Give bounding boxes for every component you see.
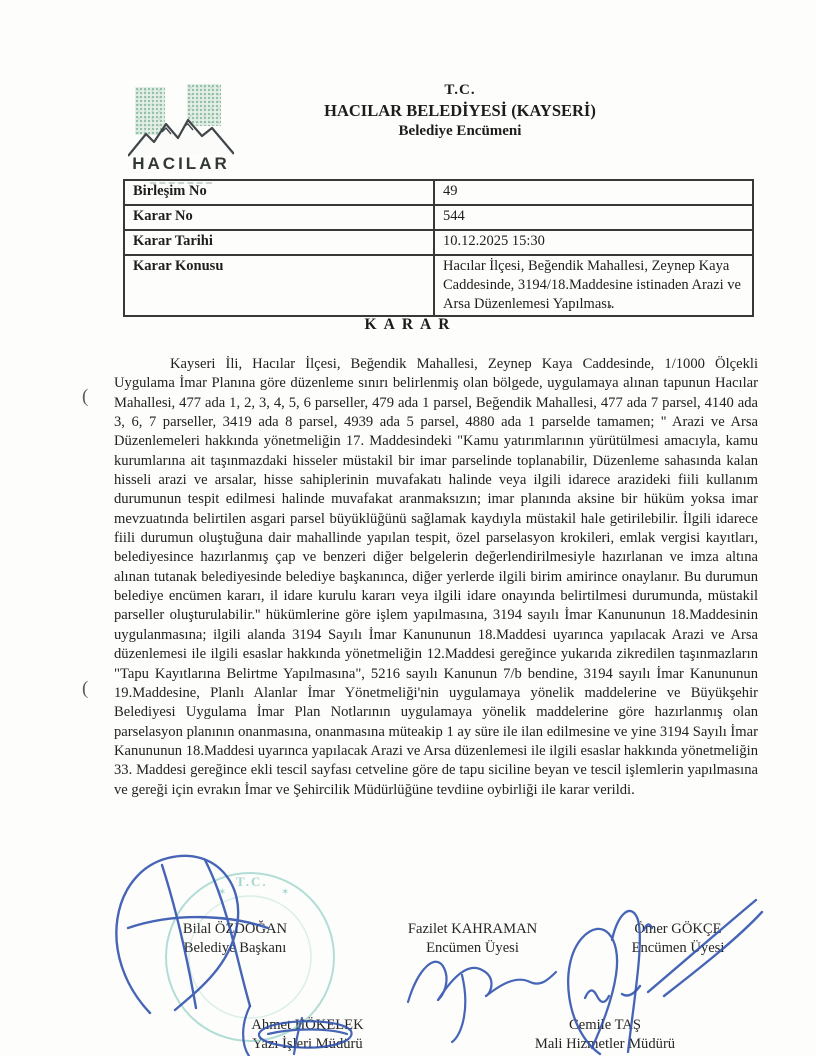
- meta-label: Karar Tarihi: [124, 230, 434, 255]
- stamp-star: ✶: [218, 887, 226, 898]
- signature-block-member-1: Fazilet KAHRAMAN Encümen Üyesi: [380, 920, 565, 957]
- decision-body-paragraph: Kayseri İli, Hacılar İlçesi, Beğendik Ma…: [114, 355, 758, 800]
- table-row: Karar No 544: [124, 205, 753, 230]
- meta-value: Hacılar İlçesi, Beğendik Mahallesi, Zeyn…: [434, 255, 753, 316]
- meta-value: 544: [434, 205, 753, 230]
- signer-name: Ömer GÖKÇE: [588, 920, 768, 939]
- signature-block-finance: Cemile TAŞ Mali Hizmetler Müdürü: [505, 1016, 705, 1053]
- stamp-text: T.C.: [236, 874, 268, 889]
- meta-label: Karar Konusu: [124, 255, 434, 316]
- signer-name: Fazilet KAHRAMAN: [380, 920, 565, 939]
- meta-value: 10.12.2025 15:30: [434, 230, 753, 255]
- meta-value: 49: [434, 180, 753, 205]
- municipality-name: HACILAR BELEDİYESİ (KAYSERİ): [200, 101, 720, 121]
- signature-block-clerk: Ahmet HÖKELEK Yazı İşleri Müdürü: [215, 1016, 400, 1053]
- scan-artifact-paren: (: [82, 678, 88, 700]
- republic-label: T.C.: [200, 82, 720, 99]
- council-name: Belediye Encümeni: [200, 123, 720, 140]
- scanned-decision-document: HACILAR T.C. HACILAR BELEDİYESİ (KAYSERİ…: [0, 0, 816, 1056]
- signer-title: Mali Hizmetler Müdürü: [505, 1035, 705, 1054]
- letterhead: T.C. HACILAR BELEDİYESİ (KAYSERİ) Beledi…: [200, 82, 720, 140]
- stamp-star: ✶: [281, 887, 289, 898]
- meta-label: Birleşim No: [124, 180, 434, 205]
- table-row: Birleşim No 49: [124, 180, 753, 205]
- signer-title: Encümen Üyesi: [380, 939, 565, 958]
- signer-name: Bilal ÖZDOĞAN: [140, 920, 330, 939]
- meta-label: Karar No: [124, 205, 434, 230]
- signer-title: Yazı İşleri Müdürü: [215, 1035, 400, 1054]
- signer-name: Cemile TAŞ: [505, 1016, 705, 1035]
- scan-artifact-mark: ’: [608, 303, 613, 319]
- signature-block-mayor: Bilal ÖZDOĞAN Belediye Başkanı: [140, 920, 330, 957]
- scan-artifact-paren: (: [82, 386, 88, 408]
- decision-title: K A R A R: [0, 316, 816, 334]
- decision-meta-table: Birleşim No 49 Karar No 544 Karar Tarihi…: [123, 179, 754, 317]
- signature-block-member-2: Ömer GÖKÇE Encümen Üyesi: [588, 920, 768, 957]
- signer-title: Encümen Üyesi: [588, 939, 768, 958]
- table-row: Karar Konusu Hacılar İlçesi, Beğendik Ma…: [124, 255, 753, 316]
- signer-title: Belediye Başkanı: [140, 939, 330, 958]
- table-row: Karar Tarihi 10.12.2025 15:30: [124, 230, 753, 255]
- signer-name: Ahmet HÖKELEK: [215, 1016, 400, 1035]
